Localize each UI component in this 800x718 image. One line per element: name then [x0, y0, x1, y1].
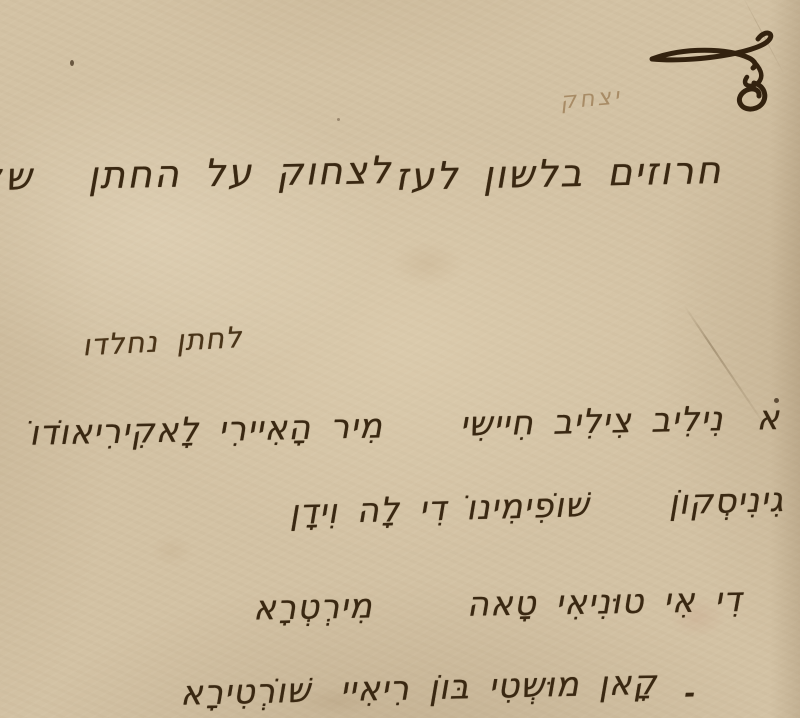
verse-opening: קָאן מוּשְטִי בּוֹן רִיאִיי — [339, 663, 657, 710]
title-line-right-segment: חרוזים בלשון לעז — [394, 148, 722, 199]
verse-line: גִינִיסְקוֹן שׁוֹפִימִינוֹ דִי לָה וִידָ… — [289, 480, 785, 533]
poem-heading: לחתן נחלדו — [81, 320, 243, 362]
verse-rest: מִיר הָאִיירִי לָאקִירִיאוֹדוֹ — [29, 406, 384, 453]
lead-dash-mark: - — [684, 679, 696, 709]
verse-opening: דִי אִי טוּנִיאִי טָאה — [466, 580, 742, 625]
verse-opening: גִינִיסְקוֹן — [668, 480, 785, 523]
faded-inscription: יצחק — [559, 83, 623, 114]
title-cutoff-word: שלמעקי — [0, 154, 35, 201]
verse-rest: שׁוֹרְטִירָא — [180, 671, 312, 714]
paper-stain — [390, 240, 464, 288]
verse-line: א נִילִיב צִילִיב חִיישִי מִיר הָאִיירִי… — [29, 398, 781, 454]
verse-opening: נִילִיב צִילִיב חִיישִי — [459, 399, 724, 445]
paper-stain — [150, 535, 194, 567]
ink-fleck — [337, 118, 340, 121]
verse-number: א — [756, 398, 781, 438]
pen-flourish-icon — [630, 25, 780, 120]
verse-line: דִי אִי טוּנִיאִי טָאה מִירְטְרָא — [252, 580, 742, 629]
verse-rest: מִירְטְרָא — [252, 586, 373, 628]
manuscript-page: יצחק חרוזים בלשון לעז לצחוק על החתן שלמע… — [0, 0, 800, 718]
verse-rest: שׁוֹפִימִינוֹ דִי לָה וִידָן — [289, 485, 591, 533]
verse-line: - קָאן מוּשְטִי בּוֹן רִיאִיי שׁוֹרְטִיר… — [180, 662, 697, 714]
title-left-text: לצחוק על החתן — [87, 148, 393, 197]
title-line-left-segment: לצחוק על החתן שלמעקי — [0, 148, 392, 201]
ink-fleck — [70, 60, 74, 66]
